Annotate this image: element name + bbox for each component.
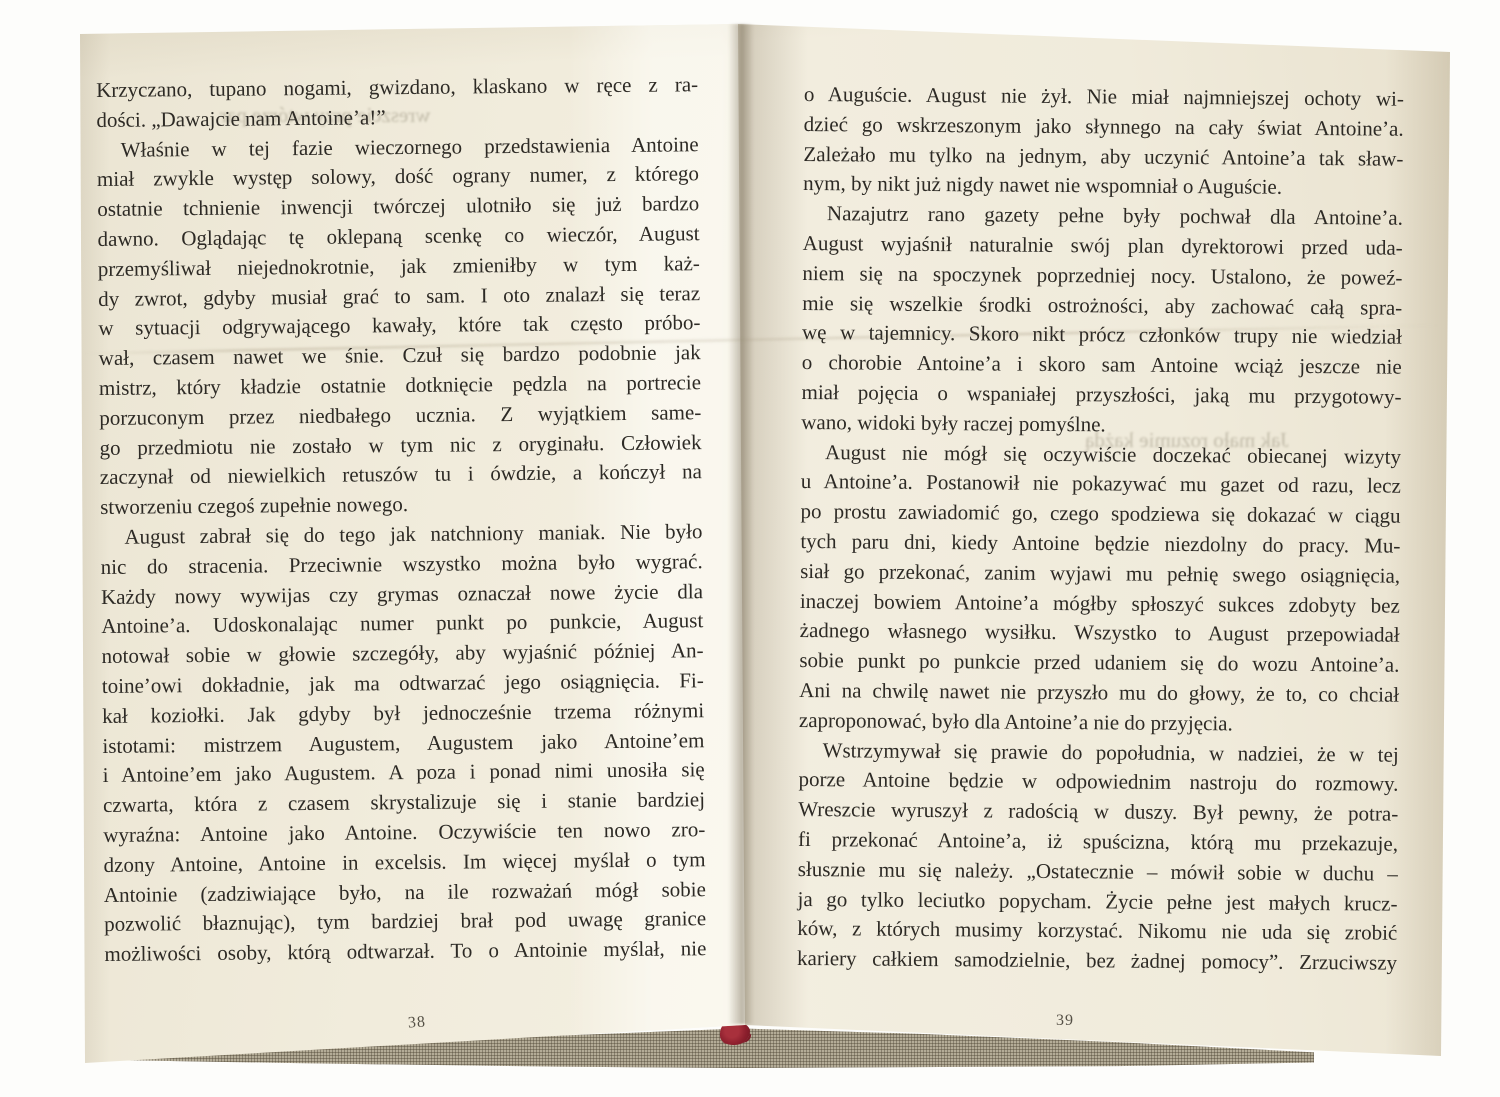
text-line: niem się na spoczynek poprzedniej nocy. … <box>802 259 1402 294</box>
text-line: możliwości osoby, którą odtwarzał. To o … <box>104 934 706 970</box>
right-page-text: o Auguście. August nie żył. Nie miał naj… <box>797 80 1404 979</box>
text-line: inaczej bowiem Antoine’a mógłby spłoszyć… <box>800 587 1400 622</box>
text-line: o chorobie Antoine’a i skoro sam Antoine… <box>802 348 1402 383</box>
text-line: Nazajutrz rano gazety pełne były pochwał… <box>803 199 1403 234</box>
text-line: żadnego własnego wysiłku. Wszystko to Au… <box>800 616 1400 651</box>
gutter-shadow <box>728 24 754 1024</box>
text-line: August wyjaśnił naturalnie swój plan dyr… <box>803 229 1403 264</box>
open-book: wreszcie przy wtórze par Jak mało rozumi… <box>0 0 1500 1097</box>
text-line: ja go tylko leciutko popycham. Życie peł… <box>797 884 1397 919</box>
text-line: wano, widoki były raczej pomyślne. <box>801 408 1401 443</box>
text-line: u Antoine’a. Postanowił nie pokazywać mu… <box>801 467 1401 502</box>
text-line: po prostu zawiadomić go, czego spodziewa… <box>800 497 1400 532</box>
text-line: zaproponować, było dla Antoine’a nie do … <box>799 706 1399 741</box>
text-line: Wreszcie wyruszył z radością w duszy. By… <box>798 795 1398 830</box>
left-page-text: Krzyczano, tupano nogami, gwizdano, klas… <box>96 70 707 970</box>
text-line: siał go przekonać, zanim wyjawi mu pełni… <box>800 557 1400 592</box>
text-line: August nie mógł się oczywiście doczekać … <box>801 438 1401 473</box>
text-line: kariery całkiem samodzielnie, bez żadnej… <box>797 944 1397 979</box>
text-line: Krzyczano, tupano nogami, gwizdano, klas… <box>96 70 698 106</box>
text-line: miał pojęcia o wspaniałej przyszłości, j… <box>801 378 1401 413</box>
text-line: o Auguście. August nie żył. Nie miał naj… <box>804 80 1404 115</box>
text-line: wę w tajemnicy. Skoro nikt prócz członkó… <box>802 318 1402 353</box>
left-page-number: 38 <box>407 1013 426 1032</box>
text-line: mie się wszelkie środki ostrożności, aby… <box>802 289 1402 324</box>
text-line: sobie punkt po punkcie przed udaniem się… <box>799 646 1399 681</box>
text-line: tych paru dni, kiedy Antoine będzie niez… <box>800 527 1400 562</box>
text-line: słusznie mu się należy. „Ostatecznie – m… <box>798 855 1398 890</box>
text-line: Wstrzymywał się prawie do popołudnia, w … <box>799 736 1399 771</box>
text-line: ków, z których musimy korzystać. Nikomu … <box>797 914 1397 949</box>
text-line: fi przekonać Antoine’a, iż spuścizna, kt… <box>798 825 1398 860</box>
right-page-number: 39 <box>1056 1012 1074 1030</box>
text-line: nym, by nikt już nigdy nawet nie wspomni… <box>803 169 1403 204</box>
text-line: dzieć go wskrzeszonym jako słynnego na c… <box>804 110 1404 145</box>
text-line: Zależało mu tylko na jednym, aby uczynić… <box>803 140 1403 175</box>
text-line: porze Antoine będzie w odpowiednim nastr… <box>798 765 1398 800</box>
book-photo: { "scene": { "background_color": "#fdfdf… <box>0 0 1500 1097</box>
text-line: zaczynał od niewielkich retuszów tu i ów… <box>100 458 702 494</box>
text-line: Ani na chwilę nawet nie przyszło mu do g… <box>799 676 1399 711</box>
